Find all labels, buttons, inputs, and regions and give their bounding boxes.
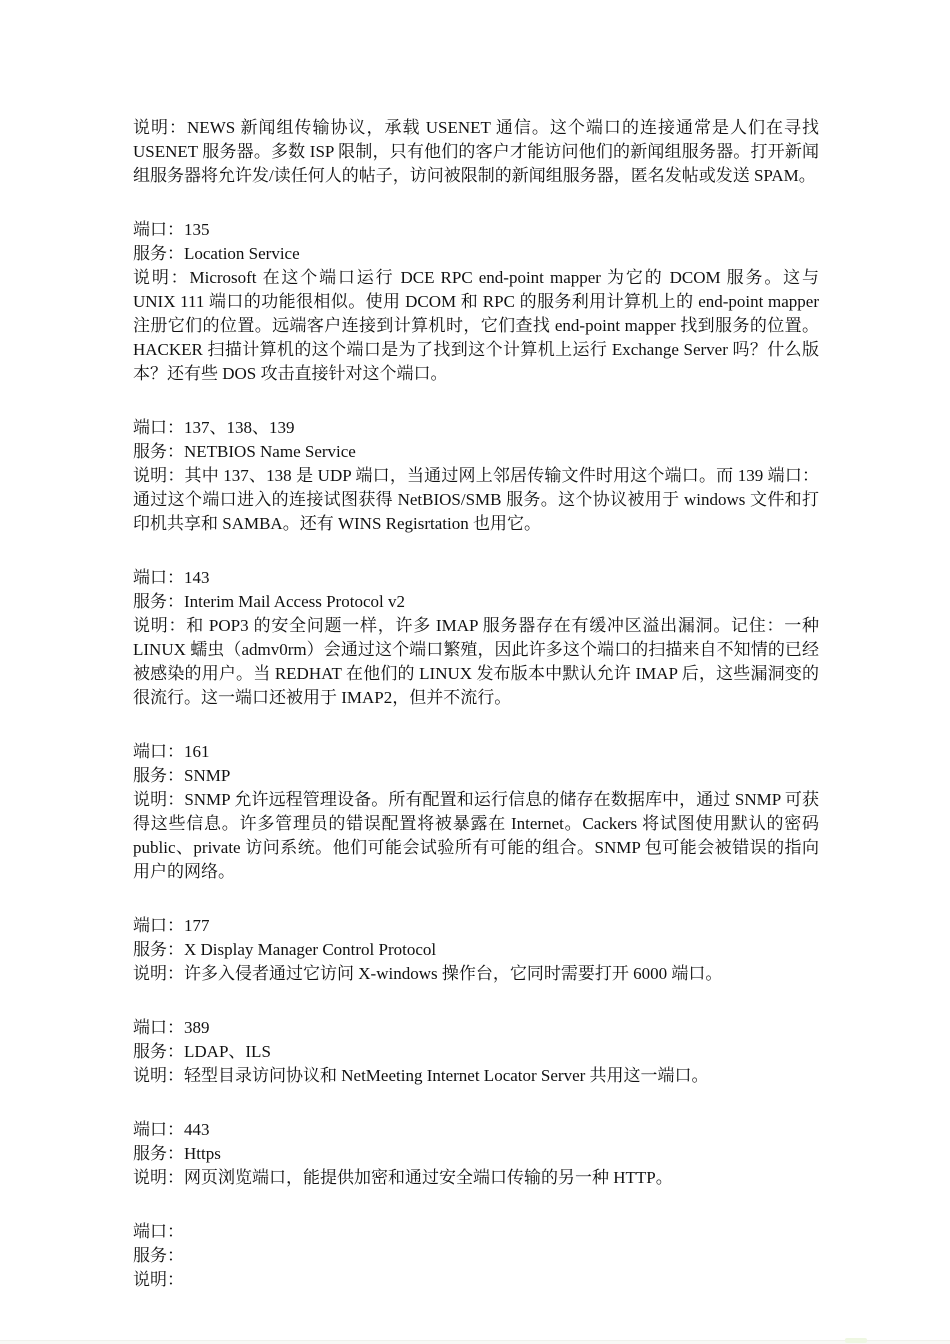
description-label: 说明： xyxy=(133,616,186,635)
service-value: Location Service xyxy=(184,244,300,263)
service-value: LDAP、ILS xyxy=(184,1042,271,1061)
port-line: 端口：135 xyxy=(133,218,819,242)
port-line: 端口：161 xyxy=(133,740,819,764)
port-section: 端口：135 服务：Location Service 说明：Microsoft … xyxy=(133,218,819,386)
description-text: 网页浏览端口，能提供加密和通过安全端口传输的另一种 HTTP。 xyxy=(184,1168,673,1187)
description-text: Microsoft 在这个端口运行 DCE RPC end-point mapp… xyxy=(133,268,819,383)
service-value: X Display Manager Control Protocol xyxy=(184,940,436,959)
description-text: 轻型目录访问协议和 NetMeeting Internet Locator Se… xyxy=(184,1066,709,1085)
port-label: 端口： xyxy=(133,1018,184,1037)
description-paragraph: 说明：其中 137、138 是 UDP 端口，当通过网上邻居传输文件时用这个端口… xyxy=(133,464,819,536)
description-paragraph: 说明：SNMP 允许远程管理设备。所有配置和运行信息的储存在数据库中，通过 SN… xyxy=(133,788,819,884)
description-paragraph: 说明：许多入侵者通过它访问 X-windows 操作台，它同时需要打开 6000… xyxy=(133,962,819,986)
description-paragraph: 说明：和 POP3 的安全问题一样，许多 IMAP 服务器存在有缓冲区溢出漏洞。… xyxy=(133,614,819,710)
service-line: 服务：NETBIOS Name Service xyxy=(133,440,819,464)
port-value: 143 xyxy=(184,568,210,587)
description-label: 说明： xyxy=(133,964,184,983)
description-paragraph: 说明：网页浏览端口，能提供加密和通过安全端口传输的另一种 HTTP。 xyxy=(133,1166,819,1190)
port-value: 177 xyxy=(184,916,210,935)
port-label: 端口： xyxy=(133,742,184,761)
port-line: 端口：389 xyxy=(133,1016,819,1040)
description-label: 说明： xyxy=(133,1270,184,1289)
service-label: 服务： xyxy=(133,1042,184,1061)
service-label: 服务： xyxy=(133,940,184,959)
port-value: 137、138、139 xyxy=(184,418,295,437)
description-label: 说明： xyxy=(133,268,189,287)
port-label: 端口： xyxy=(133,220,184,239)
description-text: 许多入侵者通过它访问 X-windows 操作台，它同时需要打开 6000 端口… xyxy=(184,964,722,983)
document-body: 说明：NEWS 新闻组传输协议，承载 USENET 通信。这个端口的连接通常是人… xyxy=(133,116,819,1292)
port-label: 端口： xyxy=(133,568,184,587)
service-label: 服务： xyxy=(133,1246,184,1265)
service-label: 服务： xyxy=(133,766,184,785)
service-line: 服务：SNMP xyxy=(133,764,819,788)
port-value: 443 xyxy=(184,1120,210,1139)
description-text: 和 POP3 的安全问题一样，许多 IMAP 服务器存在有缓冲区溢出漏洞。记住：… xyxy=(133,616,819,707)
port-section: 端口：161 服务：SNMP 说明：SNMP 允许远程管理设备。所有配置和运行信… xyxy=(133,740,819,884)
port-value: 389 xyxy=(184,1018,210,1037)
intro-text: NEWS 新闻组传输协议，承载 USENET 通信。这个端口的连接通常是人们在寻… xyxy=(133,118,819,185)
service-line: 服务：X Display Manager Control Protocol xyxy=(133,938,819,962)
port-label: 端口： xyxy=(133,1222,184,1241)
description-label: 说明： xyxy=(133,1066,184,1085)
page-bottom-edge xyxy=(0,1340,950,1344)
port-value: 135 xyxy=(184,220,210,239)
description-label: 说明： xyxy=(133,118,187,137)
intro-paragraph: 说明：NEWS 新闻组传输协议，承载 USENET 通信。这个端口的连接通常是人… xyxy=(133,116,819,188)
port-line: 端口： xyxy=(133,1220,819,1244)
service-label: 服务： xyxy=(133,1144,184,1163)
service-line: 服务： xyxy=(133,1244,819,1268)
description-label: 说明： xyxy=(133,1168,184,1187)
service-value: Https xyxy=(184,1144,221,1163)
port-section: 端口：443 服务：Https 说明：网页浏览端口，能提供加密和通过安全端口传输… xyxy=(133,1118,819,1190)
port-section: 端口：389 服务：LDAP、ILS 说明：轻型目录访问协议和 NetMeeti… xyxy=(133,1016,819,1088)
service-label: 服务： xyxy=(133,592,184,611)
description-paragraph: 说明：Microsoft 在这个端口运行 DCE RPC end-point m… xyxy=(133,266,819,386)
port-label: 端口： xyxy=(133,418,184,437)
port-label: 端口： xyxy=(133,1120,184,1139)
port-section: 端口：137、138、139 服务：NETBIOS Name Service 说… xyxy=(133,416,819,536)
service-line: 服务：LDAP、ILS xyxy=(133,1040,819,1064)
service-label: 服务： xyxy=(133,244,184,263)
port-section: 端口：177 服务：X Display Manager Control Prot… xyxy=(133,914,819,986)
description-label: 说明： xyxy=(133,466,185,485)
description-text: SNMP 允许远程管理设备。所有配置和运行信息的储存在数据库中，通过 SNMP … xyxy=(133,790,819,881)
port-section: 端口：143 服务：Interim Mail Access Protocol v… xyxy=(133,566,819,710)
scan-artifact-mark xyxy=(845,1338,867,1343)
port-line: 端口：137、138、139 xyxy=(133,416,819,440)
service-value: Interim Mail Access Protocol v2 xyxy=(184,592,405,611)
description-paragraph: 说明： xyxy=(133,1268,819,1292)
port-line: 端口：177 xyxy=(133,914,819,938)
description-label: 说明： xyxy=(133,790,184,809)
service-line: 服务：Https xyxy=(133,1142,819,1166)
port-label: 端口： xyxy=(133,916,184,935)
description-paragraph: 说明：轻型目录访问协议和 NetMeeting Internet Locator… xyxy=(133,1064,819,1088)
service-label: 服务： xyxy=(133,442,184,461)
port-value: 161 xyxy=(184,742,210,761)
service-line: 服务：Location Service xyxy=(133,242,819,266)
service-line: 服务：Interim Mail Access Protocol v2 xyxy=(133,590,819,614)
description-text: 其中 137、138 是 UDP 端口，当通过网上邻居传输文件时用这个端口。而 … xyxy=(133,466,819,533)
service-value: SNMP xyxy=(184,766,230,785)
port-section: 端口： 服务： 说明： xyxy=(133,1220,819,1292)
service-value: NETBIOS Name Service xyxy=(184,442,356,461)
port-line: 端口：143 xyxy=(133,566,819,590)
port-line: 端口：443 xyxy=(133,1118,819,1142)
